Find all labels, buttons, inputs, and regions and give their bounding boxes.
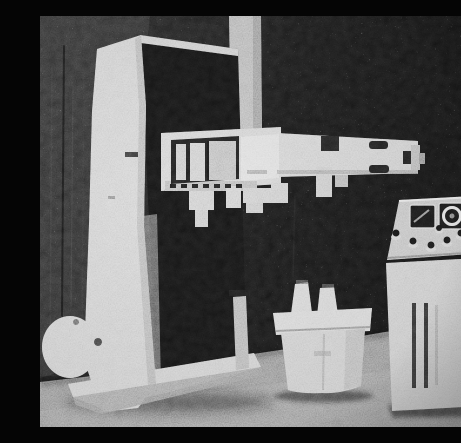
halftone-photo-xray-apparatus [40, 16, 461, 427]
vignette [40, 16, 461, 427]
scene-svg [40, 16, 461, 427]
